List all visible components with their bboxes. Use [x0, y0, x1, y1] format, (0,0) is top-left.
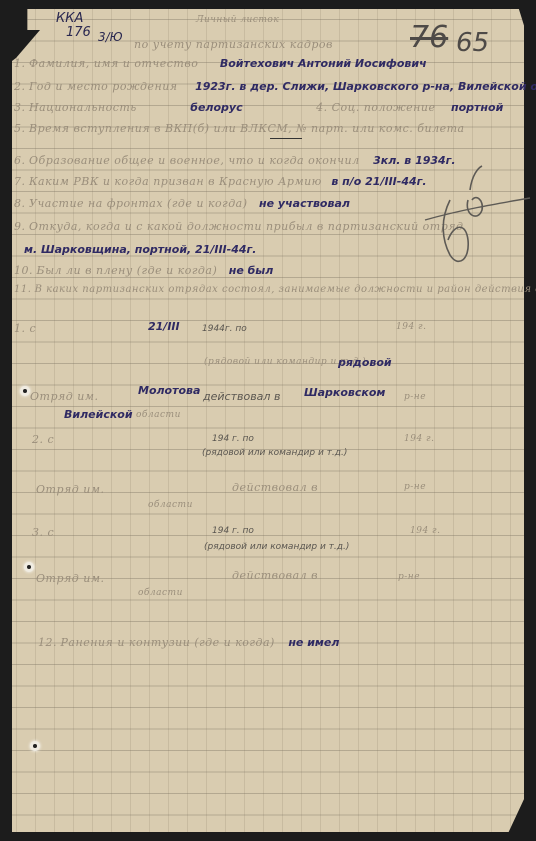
entry-3-district-suffix: р-не	[398, 572, 420, 582]
entry-1-unit: Молотова	[138, 384, 200, 397]
field-arrival: 9. Откуда, когда и с какой должности при…	[14, 220, 464, 233]
archive-code: ККА 176	[56, 12, 91, 40]
entry-3-role-label: (рядовой или командир и т.д.)	[204, 542, 349, 552]
field-conscription: 7. Каким РВК и когда призван в Красную А…	[14, 175, 427, 188]
old-page-number: 76	[410, 20, 448, 55]
field-label: Откуда, когда и с какой должности прибыл…	[29, 220, 464, 233]
entry-1-region-label: области	[136, 410, 181, 420]
field-number: 3.	[14, 101, 26, 114]
entry-1-role: рядовой	[338, 356, 392, 369]
field-number: 9.	[14, 220, 26, 233]
field-value: Войтехович Антоний Иосифович	[220, 57, 427, 70]
field-number: 2.	[14, 80, 26, 93]
field-label: Фамилия, имя и отчество	[29, 57, 198, 70]
field-label: Год и место рождения	[29, 80, 178, 93]
field-number: 8.	[14, 197, 26, 210]
form-subtitle: по учету партизанских кадров	[134, 38, 333, 51]
field-wounds: 12. Ранения и контузии (где и когда) не …	[38, 636, 339, 649]
archive-code-text: ККА	[56, 12, 91, 26]
field-value: не имел	[288, 636, 339, 649]
blank-dash	[270, 138, 302, 139]
entry-2-unit-label: Отряд им.	[36, 483, 104, 496]
entry-3-year-label: 194 г. по	[212, 526, 254, 536]
field-label: Национальность	[29, 101, 137, 114]
field-education: 6. Образование общее и военное, что и ко…	[14, 154, 456, 167]
field-number: 6.	[14, 154, 26, 167]
field-nationality: 3. Национальность белорус 4. Соц. положе…	[14, 101, 503, 114]
entry-2-year-label: 194 г. по	[212, 434, 254, 444]
field-number: 1.	[14, 57, 26, 70]
punch-hole	[30, 741, 40, 751]
entry-1-from: 21/III	[148, 320, 180, 333]
field-label: Время вступления в ВКП(б) или ВЛКСМ, № п…	[29, 122, 465, 135]
field-number: 12.	[38, 636, 57, 649]
entry-1-prefix: 1. с	[14, 322, 36, 335]
entry-1-acted-label: действовал в	[203, 390, 280, 403]
field-number: 5.	[14, 122, 26, 135]
form-title: Личный листок	[196, 15, 279, 25]
field-label: Был ли в плену (где и когда)	[37, 264, 218, 277]
entry-3-region-label: области	[138, 588, 183, 598]
punch-hole	[24, 562, 34, 572]
entry-2-region-label: области	[148, 500, 193, 510]
field-number: 10.	[14, 264, 33, 277]
field-full-name: 1. Фамилия, имя и отчество Войтехович Ан…	[14, 57, 427, 70]
entry-3-prefix: 3. с	[32, 526, 54, 539]
field-number: 7.	[14, 175, 26, 188]
entry-1-unit-label: Отряд им.	[30, 390, 98, 403]
punch-hole	[20, 386, 30, 396]
field-label: Ранения и контузии (где и когда)	[61, 636, 275, 649]
field-social-value: портной	[451, 101, 503, 114]
entry-2-district-suffix: р-не	[404, 482, 426, 492]
field-label: Образование общее и военное, что и когда…	[29, 154, 360, 167]
field-captivity: 10. Был ли в плену (где и когда) не был	[14, 264, 273, 277]
entry-1-year-label: 1944г. по	[202, 324, 247, 334]
field-value: не участвовал	[259, 197, 350, 210]
entry-3-unit-label: Отряд им.	[36, 572, 104, 585]
entry-1-district: Шарковском	[304, 386, 385, 399]
entry-3-to-year: 194 г.	[410, 526, 440, 536]
field-arrival-value: м. Шарковщина, портной, 21/III-44г.	[24, 243, 256, 256]
field-label: В каких партизанских отрядах состоял, за…	[35, 284, 536, 295]
new-page-number: 65	[456, 28, 489, 58]
entry-3-acted-label: действовал в	[232, 569, 318, 582]
field-value: белорус	[190, 101, 242, 114]
entry-1-to-year: 194 г.	[396, 322, 426, 332]
archive-fraction: 3/Ю	[98, 30, 123, 44]
field-value: 1923г. в дер. Слижи, Шарковского р-на, В…	[195, 80, 536, 93]
entry-2-acted-label: действовал в	[232, 481, 318, 494]
entry-2-to-year: 194 г.	[404, 434, 434, 444]
field-party: 5. Время вступления в ВКП(б) или ВЛКСМ, …	[14, 122, 465, 135]
field-value: в п/о 21/III-44г.	[331, 175, 426, 188]
archive-number: 176	[66, 26, 91, 40]
field-value: не был	[229, 264, 274, 277]
entry-1-region: Вилейской	[64, 408, 133, 421]
field-units: 11. В каких партизанских отрядах состоял…	[14, 284, 536, 295]
field-birth: 2. Год и место рождения 1923г. в дер. Сл…	[14, 80, 536, 93]
entry-2-role-label: (рядовой или командир и т.д.)	[202, 448, 347, 458]
entry-2-prefix: 2. с	[32, 433, 54, 446]
pencil-signature	[420, 160, 530, 270]
field-label: Каким РВК и когда призван в Красную Арми…	[29, 175, 322, 188]
field-fronts: 8. Участие на фронтах (где и когда) не у…	[14, 197, 350, 210]
field-label: Участие на фронтах (где и когда)	[29, 197, 248, 210]
entry-1-district-suffix: р-не	[404, 392, 426, 402]
field-social-label: 4. Соц. положение	[316, 101, 435, 114]
field-number: 11.	[14, 284, 31, 295]
